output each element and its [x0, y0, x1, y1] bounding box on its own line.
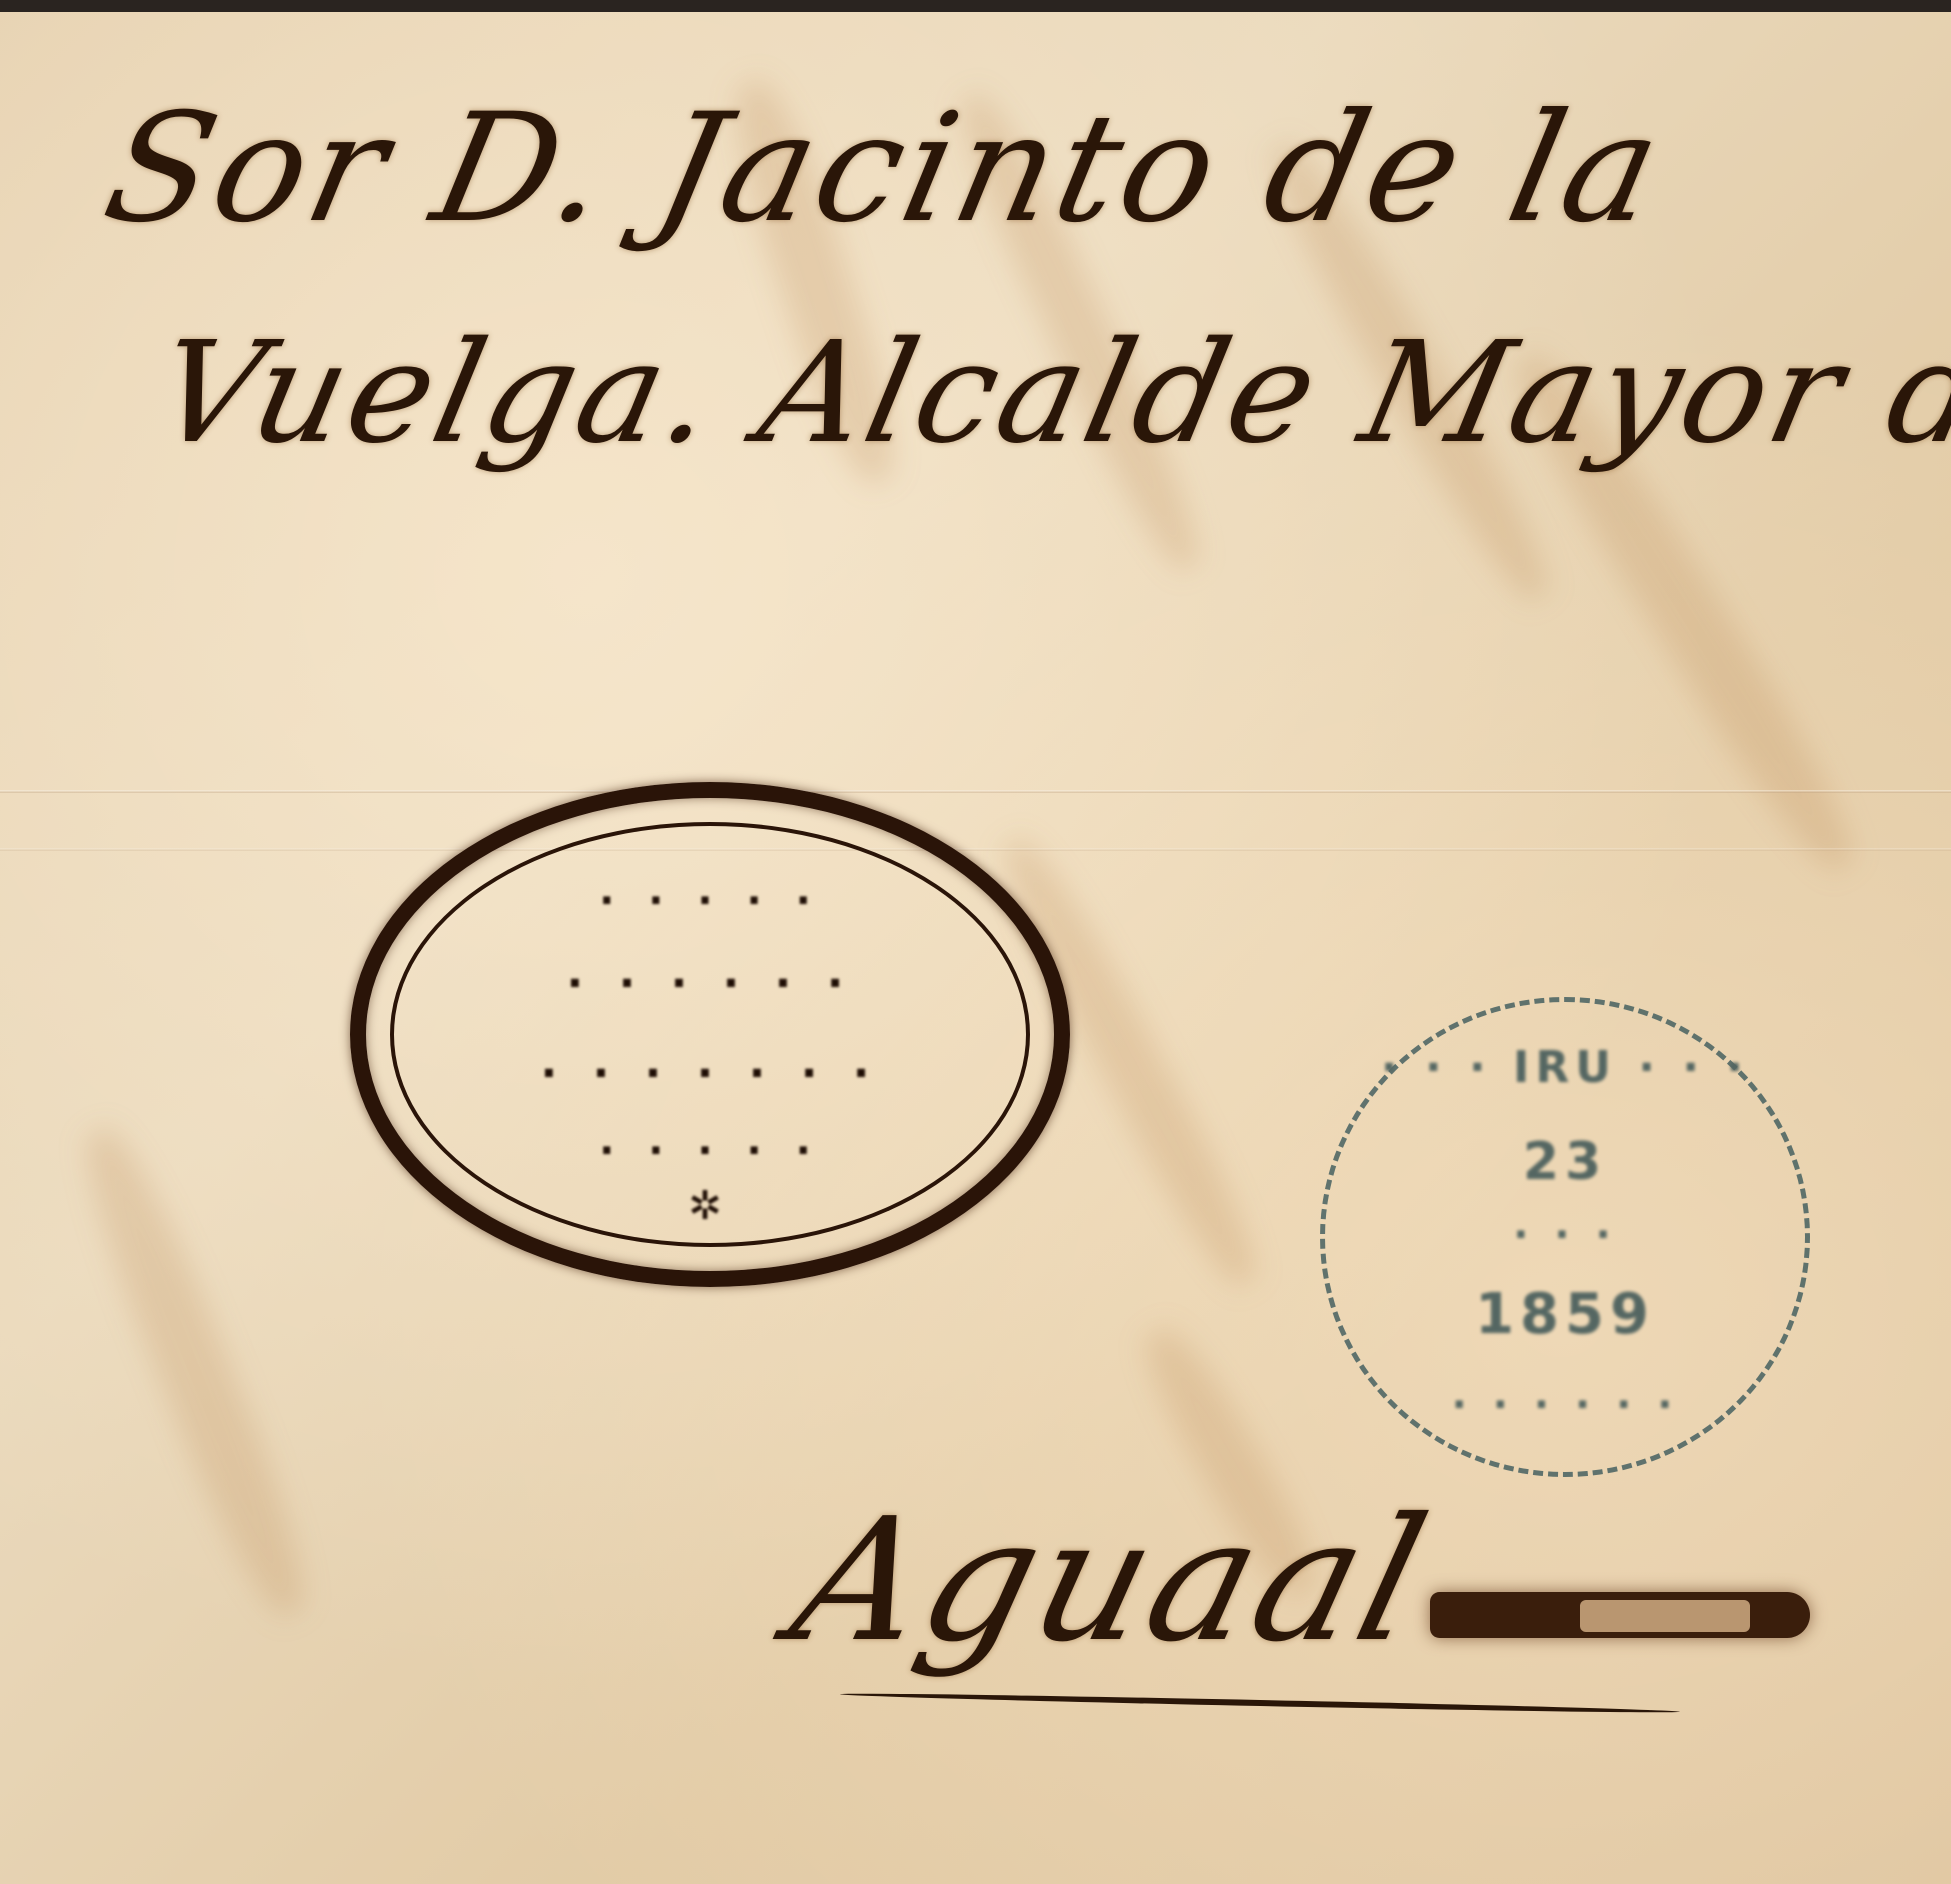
datestamp-day: 23 [1325, 1132, 1805, 1192]
address-line-2: Vuelga. Alcalde Mayor del [143, 312, 1951, 475]
water-stain [65, 1118, 325, 1626]
oval-stamp-line: · · · · · · · [366, 1048, 1054, 1099]
oval-handstamp: · · · · · · · · · · · · · · · · · · · · … [350, 782, 1070, 1287]
oval-stamp-line: · · · · · [366, 1128, 1054, 1174]
address-line-1: Sor D. Jacinto de la [92, 82, 1678, 256]
ink-flourish-smear [1430, 1592, 1810, 1638]
envelope-paper: Sor D. Jacinto de la Vuelga. Alcalde May… [0, 12, 1951, 1884]
oval-stamp-line: · · · · · · [366, 958, 1054, 1009]
underline-flourish [840, 1691, 1680, 1715]
fold-crease [0, 848, 1951, 851]
circular-datestamp: · · · IRU · · · 23 · · · 1859 · · · · · … [1320, 997, 1810, 1477]
datestamp-bottom-arc: · · · · · · [1325, 1382, 1805, 1428]
fold-crease [0, 790, 1951, 793]
star-ornament-icon: ✲ [366, 1183, 1054, 1229]
datestamp-top-arc: · · · IRU · · · [1325, 1042, 1805, 1093]
datestamp-month: · · · [1325, 1212, 1805, 1258]
destination-town: Aguaal [775, 1482, 1447, 1680]
oval-stamp-line: · · · · · [366, 878, 1054, 924]
datestamp-year: 1859 [1325, 1282, 1805, 1347]
